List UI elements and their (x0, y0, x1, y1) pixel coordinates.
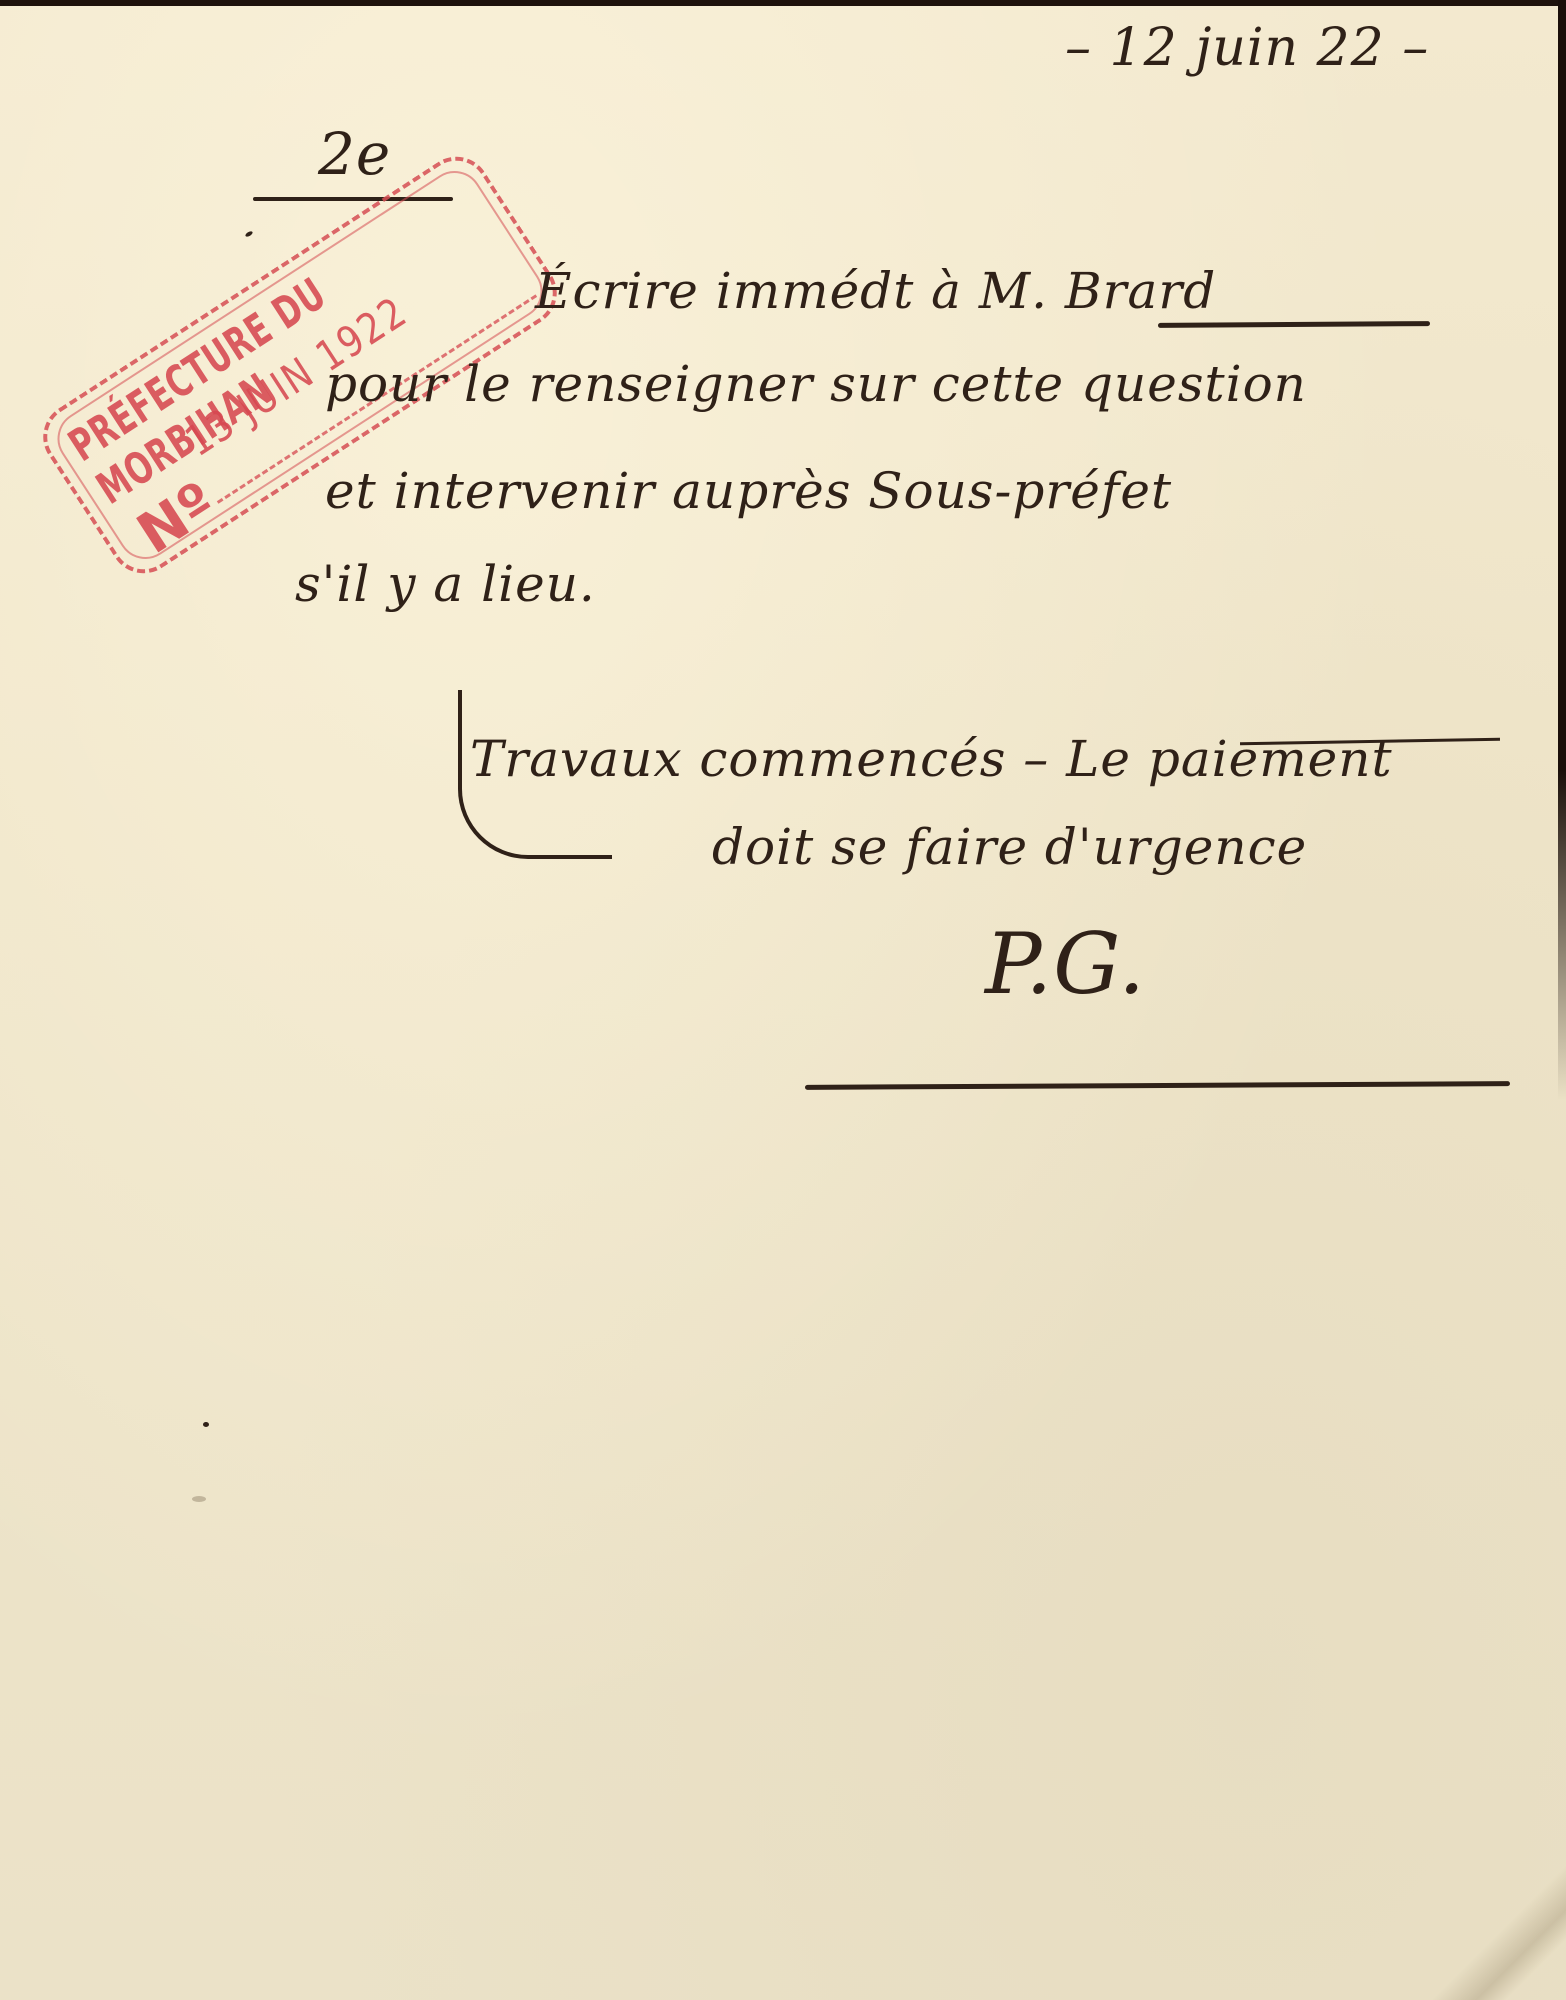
body-line-4: s'il y a lieu. (295, 555, 596, 613)
ink-speck (245, 230, 254, 237)
document-page: – 12 juin 22 – 2e PRÉFECTURE DU MORBIHAN… (0, 0, 1566, 2000)
signature-initials: P.G. (985, 915, 1146, 1013)
scan-border-right (1558, 0, 1566, 1100)
note-line-2: doit se faire d'urgence (712, 818, 1307, 876)
closing-rule (805, 1081, 1510, 1090)
paper-punch-mark (192, 1496, 206, 1502)
sequence-number: 2e (318, 120, 391, 188)
scan-border-top (0, 0, 1566, 6)
note-line-1: Travaux commencés – Le paiement (470, 730, 1393, 788)
stamp-number-label: Nº (126, 470, 227, 567)
paper-corner-shadow (1426, 1840, 1566, 2000)
body-line-1: Écrire immédt à M. Brard (535, 262, 1216, 320)
ink-speck (203, 1422, 209, 1427)
name-underline (1158, 321, 1430, 328)
body-line-2: pour le renseigner sur cette question (325, 355, 1307, 413)
document-date: – 12 juin 22 – (1065, 18, 1429, 78)
body-line-3: et intervenir auprès Sous-préfet (325, 462, 1172, 520)
